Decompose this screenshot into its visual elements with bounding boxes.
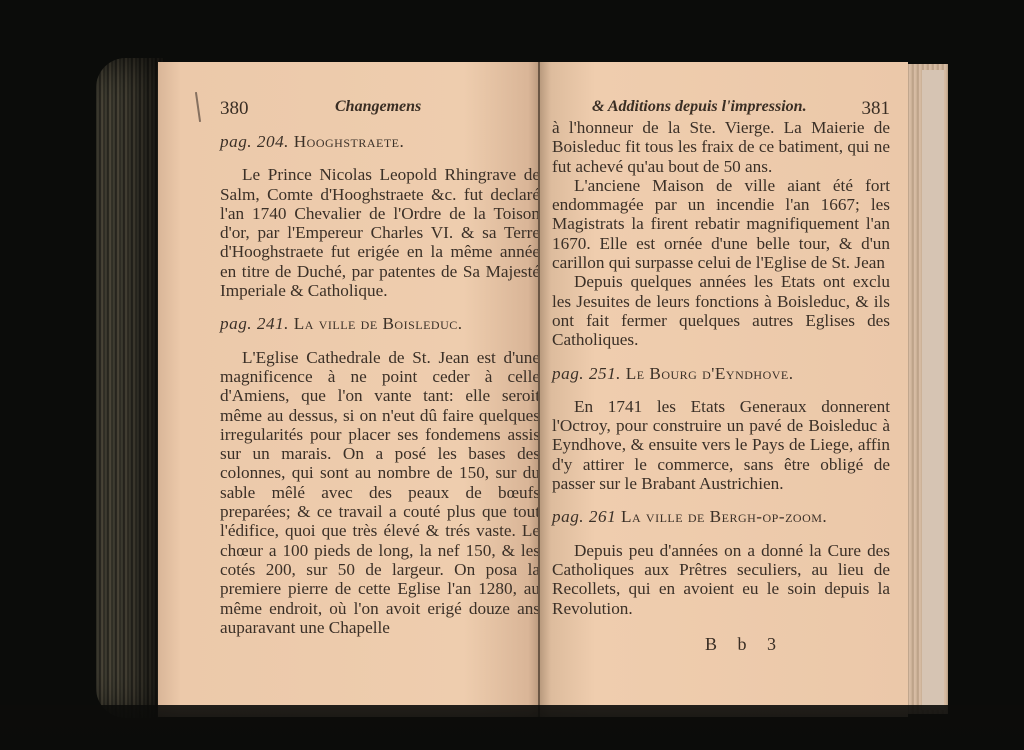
section-paragraph: L'Eglise Cathedrale de St. Jean est d'un… (220, 348, 540, 637)
open-book: 380 Changemens pag. 204. Hooghstraete. L… (0, 0, 1024, 750)
left-page-block-edges (96, 58, 164, 718)
section-paragraph: Le Prince Nicolas Leopold Rhingrave de S… (220, 165, 540, 300)
signature-mark: B b 3 (705, 634, 784, 655)
left-page-number: 380 (220, 98, 249, 120)
right-page-number: 381 (862, 98, 891, 120)
bottom-shadow (0, 705, 1024, 750)
section-heading: pag. 204. Hooghstraete. (220, 132, 540, 151)
right-running-title: & Additions depuis l'impression. (592, 98, 807, 116)
left-page: 380 Changemens pag. 204. Hooghstraete. L… (158, 62, 540, 717)
section-paragraph: Depuis peu d'années on a donné la Cure d… (552, 541, 890, 618)
right-page: & Additions depuis l'impression. 381 à l… (540, 62, 908, 717)
paragraph: L'anciene Maison de ville aiant été fort… (552, 176, 890, 272)
left-text-block: pag. 204. Hooghstraete. Le Prince Nicola… (220, 132, 540, 637)
paragraph: Depuis quelques années les Etats ont exc… (552, 272, 890, 349)
left-running-title: Changemens (335, 98, 421, 116)
section-heading: pag. 251. Le Bourg d'Eyndhove. (552, 364, 890, 383)
right-text-block: à l'honneur de la Ste. Vierge. La Maieri… (552, 118, 890, 618)
section-heading: pag. 241. La ville de Boisleduc. (220, 314, 540, 333)
section-paragraph: En 1741 les Etats Generaux donnerent l'O… (552, 397, 890, 493)
section-heading: pag. 261 La ville de Bergh-op-zoom. (552, 507, 890, 526)
ink-mark (195, 92, 201, 122)
continuation-paragraph: à l'honneur de la Ste. Vierge. La Maieri… (552, 118, 890, 176)
right-cover-board (922, 70, 944, 710)
